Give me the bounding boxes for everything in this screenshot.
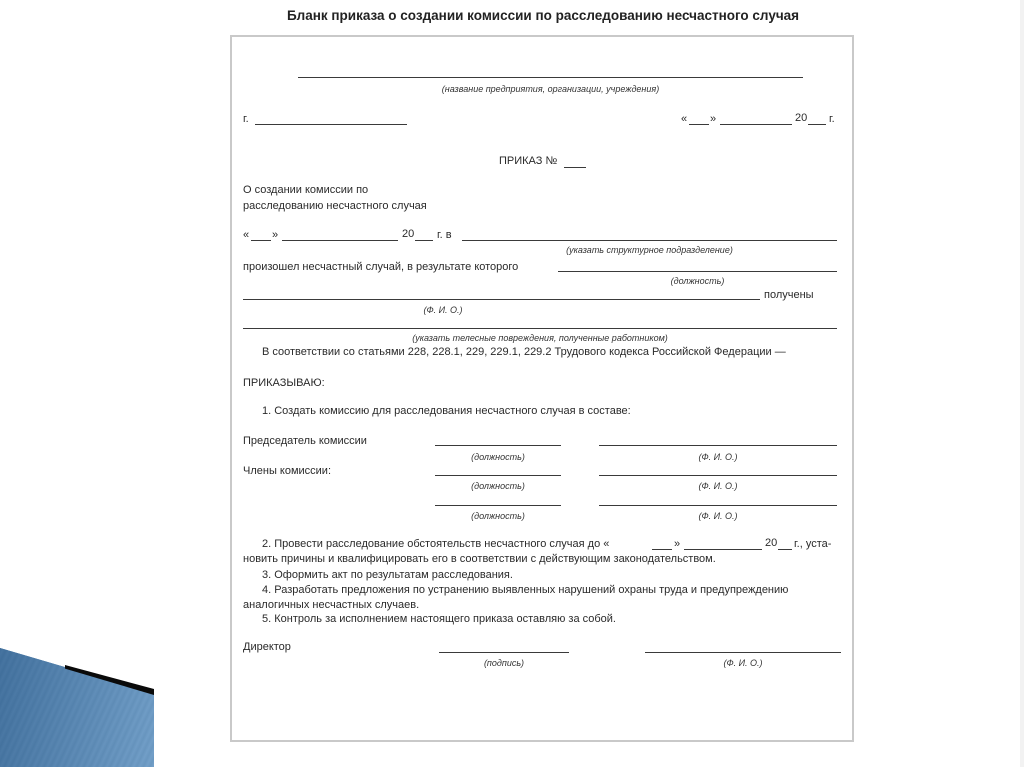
director-fio-field[interactable] — [645, 652, 841, 653]
header-day-field[interactable] — [689, 124, 709, 125]
structural-unit-caption: (указать структурное подразделение) — [462, 245, 837, 255]
incident-year-prefix: 20 — [402, 228, 414, 240]
date-open-quote: « — [681, 113, 687, 125]
item-4-text-line2: аналогичных несчастных случаев. — [243, 599, 419, 611]
chair-fio-field[interactable] — [599, 445, 837, 446]
deadline-day-field[interactable] — [652, 549, 672, 550]
member-2-fio-field[interactable] — [599, 505, 837, 506]
org-name-field[interactable] — [298, 77, 803, 78]
slide-edge — [1020, 0, 1024, 767]
member-1-fio-field[interactable] — [599, 475, 837, 476]
injuries-caption: (указать телесные повреждения, полученны… — [243, 333, 837, 343]
incident-year-suffix: г. в — [437, 229, 452, 241]
chair-position-caption: (должность) — [435, 452, 561, 462]
header-year-field[interactable] — [808, 124, 826, 125]
member-2-position-field[interactable] — [435, 505, 561, 506]
item-2-text-line2: новить причины и квалифицировать его в с… — [243, 553, 716, 565]
victim-fio-field[interactable] — [243, 299, 760, 300]
item-5-text: 5. Контроль за исполнением настоящего пр… — [262, 613, 616, 625]
director-fio-caption: (Ф. И. О.) — [645, 658, 841, 668]
member-1-position-field[interactable] — [435, 475, 561, 476]
director-signature-caption: (подпись) — [439, 658, 569, 668]
incident-year-field[interactable] — [415, 240, 433, 241]
member-1-fio-caption: (Ф. И. О.) — [599, 481, 837, 491]
header-month-field[interactable] — [720, 124, 792, 125]
header-year-suffix: г. — [829, 113, 835, 125]
member-1-position-caption: (должность) — [435, 481, 561, 491]
order-subject-line1: О создании комиссии по — [243, 184, 368, 196]
order-subject-line2: расследованию несчастного случая — [243, 200, 427, 212]
orders-heading: ПРИКАЗЫВАЮ: — [243, 377, 325, 389]
item-3-text: 3. Оформить акт по результатам расследов… — [262, 569, 513, 581]
legal-basis-text: В соответствии со статьями 228, 228.1, 2… — [262, 346, 786, 358]
document-title: Бланк приказа о создании комиссии по рас… — [230, 8, 856, 23]
item-2-year-prefix: 20 — [765, 537, 777, 549]
order-heading: ПРИКАЗ № — [499, 155, 557, 167]
member-2-fio-caption: (Ф. И. О.) — [599, 511, 837, 521]
chair-position-field[interactable] — [435, 445, 561, 446]
chair-label: Председатель комиссии — [243, 435, 367, 447]
incident-date-open-quote: « — [243, 229, 249, 241]
victim-fio-caption: (Ф. И. О.) — [243, 305, 643, 315]
injuries-field[interactable] — [243, 328, 837, 329]
item-2-quote-close: » — [674, 538, 680, 550]
chair-fio-caption: (Ф. И. О.) — [599, 452, 837, 462]
incident-day-field[interactable] — [251, 240, 271, 241]
deadline-month-field[interactable] — [684, 549, 762, 550]
incident-date-close-quote: » — [272, 229, 278, 241]
item-1-text: 1. Создать комиссию для расследования не… — [262, 405, 631, 417]
decorative-blue-tint — [0, 648, 154, 767]
item-4-text-line1: 4. Разработать предложения по устранению… — [262, 584, 788, 596]
director-signature-field[interactable] — [439, 652, 569, 653]
member-2-position-caption: (должность) — [435, 511, 561, 521]
director-label: Директор — [243, 641, 291, 653]
org-name-caption: (название предприятия, организации, учре… — [298, 84, 803, 94]
structural-unit-field[interactable] — [462, 240, 837, 241]
incident-month-field[interactable] — [282, 240, 398, 241]
city-field[interactable] — [255, 124, 407, 125]
item-2-text-part2: г., уста- — [794, 538, 831, 550]
victim-position-caption: (должность) — [558, 276, 837, 286]
victim-position-field[interactable] — [558, 271, 837, 272]
received-text: получены — [764, 289, 814, 301]
incident-occurred-text: произошел несчастный случай, в результат… — [243, 261, 518, 273]
item-2-text-part1: 2. Провести расследование обстоятельств … — [262, 538, 609, 550]
order-number-field[interactable] — [564, 167, 586, 168]
deadline-year-field[interactable] — [778, 549, 792, 550]
date-close-quote: » — [710, 113, 716, 125]
header-year-prefix: 20 — [795, 112, 807, 124]
city-prefix: г. — [243, 113, 249, 125]
members-label: Члены комиссии: — [243, 465, 331, 477]
